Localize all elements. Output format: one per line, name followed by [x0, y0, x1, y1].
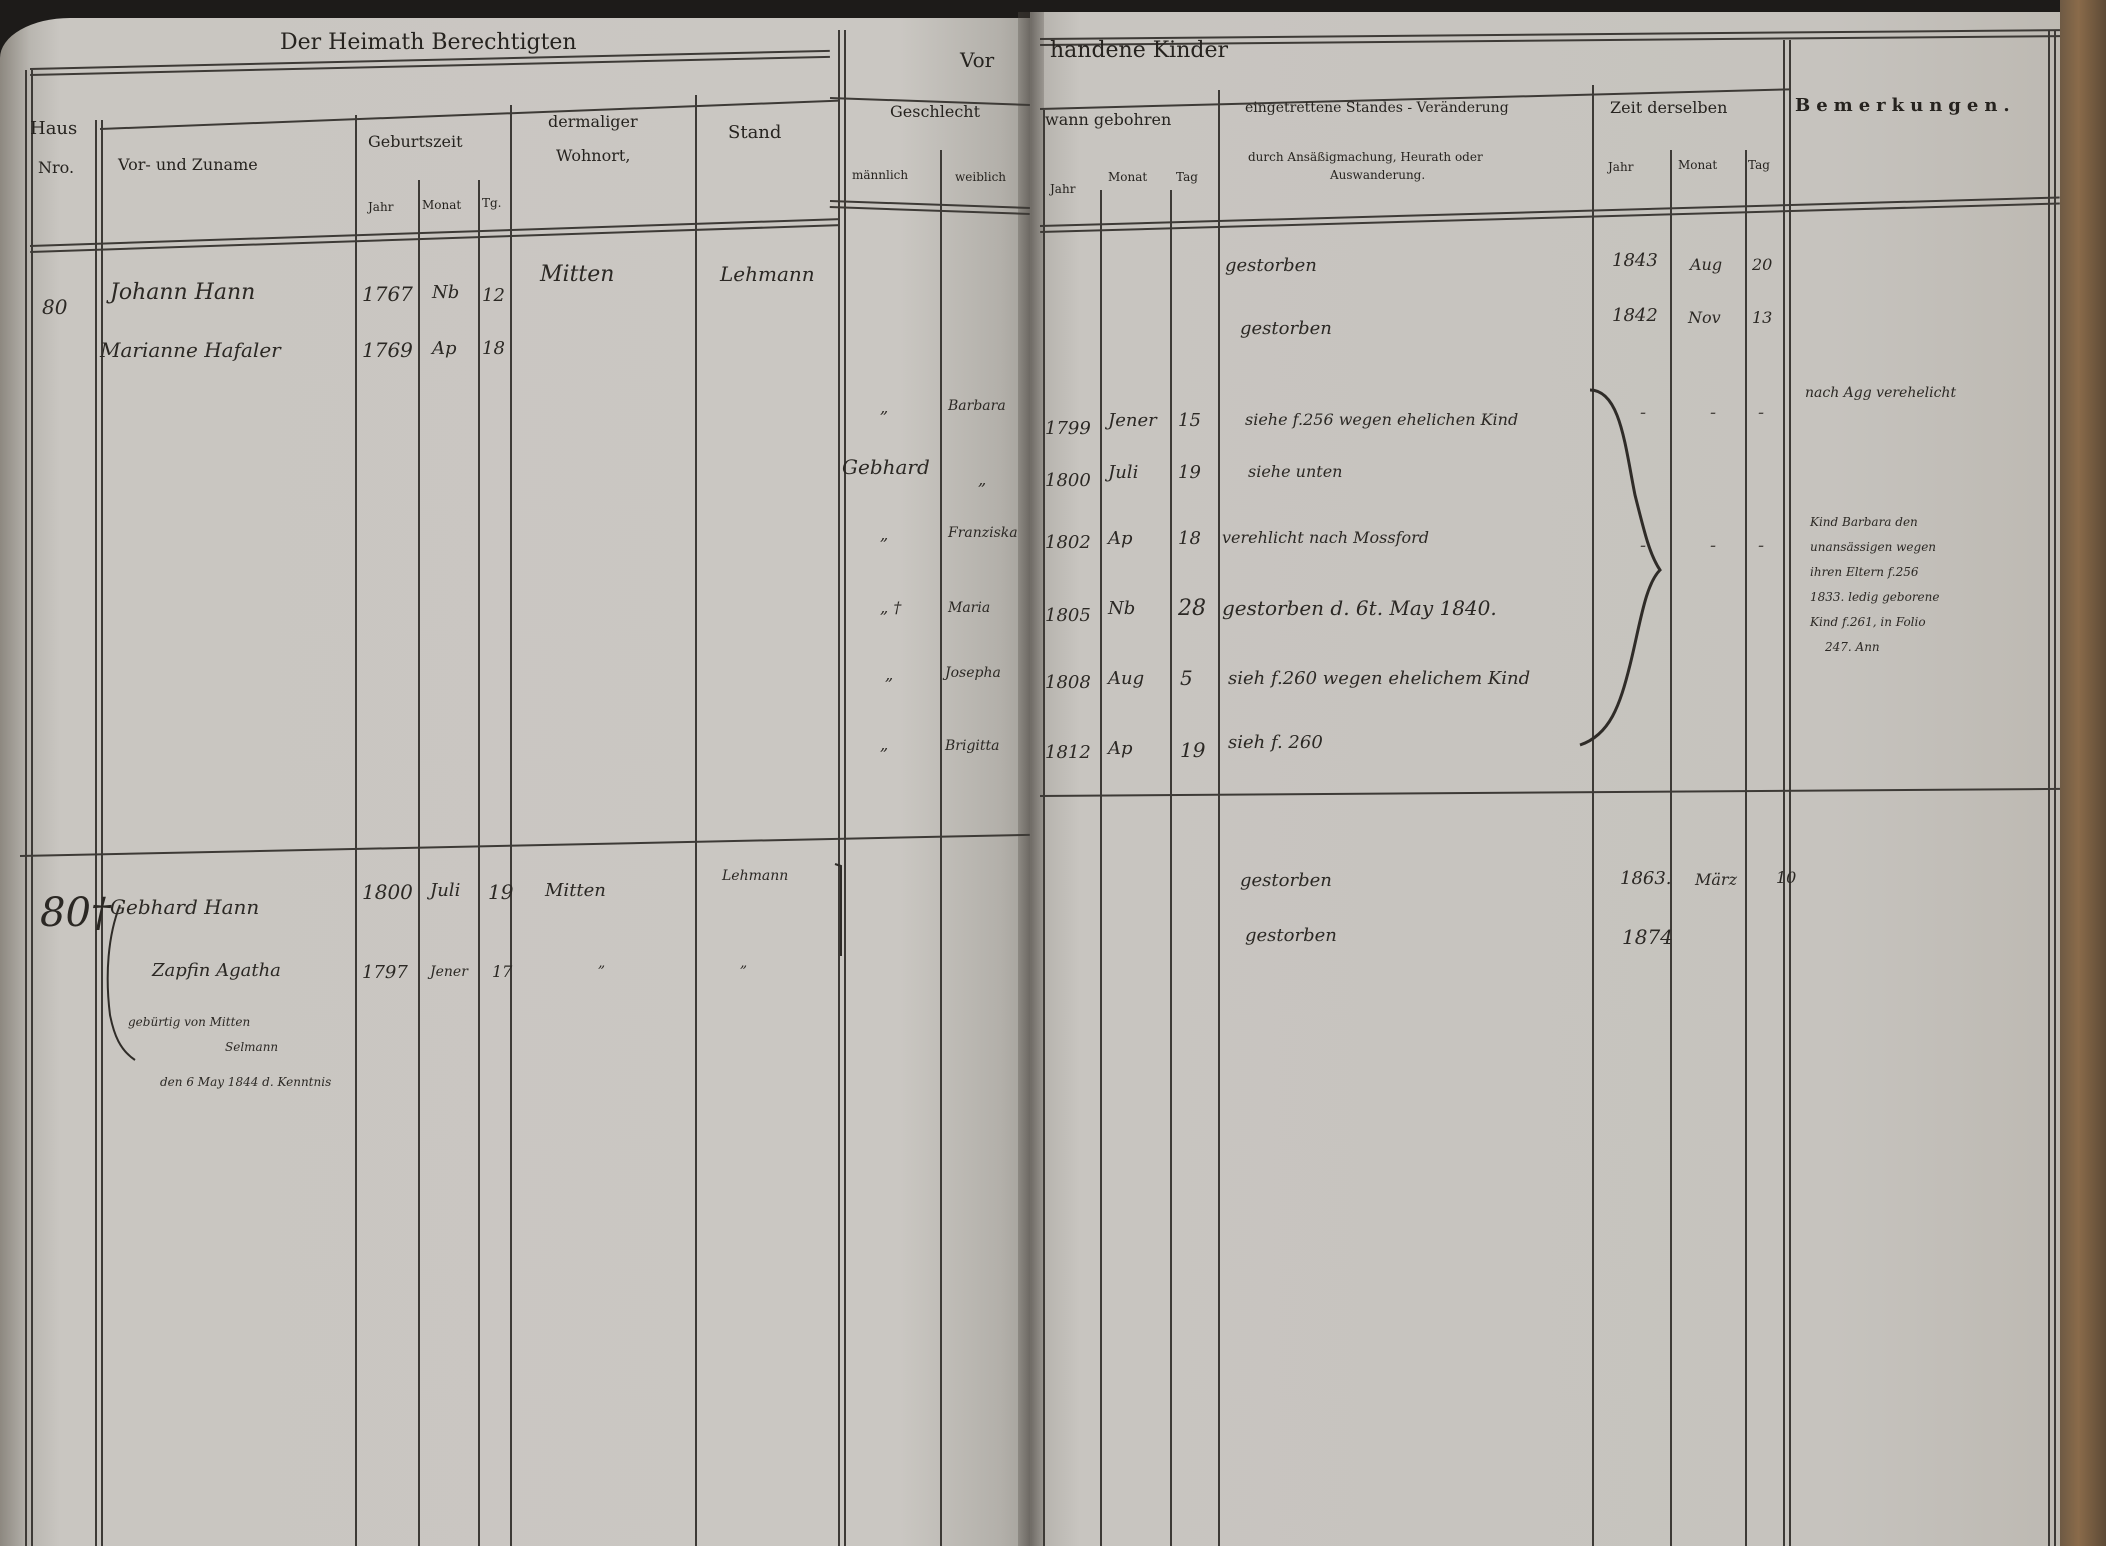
child-4-monat: Nb [1108, 598, 1135, 619]
header-sex-male: männlich [852, 168, 908, 182]
rule-haus [95, 120, 97, 1546]
entry-1-person-2-change-monat: Nov [1688, 308, 1721, 327]
entry-2-person-1-tag: 19 [488, 880, 513, 904]
bracket-icon [100, 905, 140, 1065]
child-1-jahr: 1799 [1045, 418, 1091, 439]
bracket-icon [835, 862, 847, 962]
header-name: Vor- und Zuname [118, 155, 258, 174]
child-1-monat: Jener [1108, 410, 1157, 431]
entry-2-person-2-change: gestorben [1245, 925, 1337, 946]
child-6-jahr: 1812 [1045, 742, 1091, 763]
child-4-jahr: 1805 [1045, 605, 1091, 626]
entry-2-person-1-change-monat: März [1695, 870, 1737, 889]
child-1-tag: 15 [1178, 410, 1201, 431]
header-sex-female: weiblich [955, 170, 1006, 184]
rule-birth-jahr [418, 180, 420, 1546]
child-6-male: „ [880, 735, 888, 754]
entry-2-person-2-jahr: 1797 [362, 962, 408, 983]
header-stand: Stand [728, 122, 781, 143]
header-sex: Geschlecht [890, 102, 980, 121]
entry-2-person-2-tag: 17 [492, 962, 512, 981]
rule-stand [838, 30, 840, 1546]
rule-outer-right [2048, 30, 2050, 1546]
child-1-male: „ [880, 398, 888, 417]
child-2-change: siehe unten [1248, 462, 1342, 481]
book-edge [2060, 0, 2106, 1546]
child-5-jahr: 1808 [1045, 672, 1091, 693]
rule-time-jahr [1670, 150, 1672, 1546]
rule-wohnort [695, 95, 697, 1546]
header-remarks: Bemerkungen. [1795, 95, 2016, 116]
entry-2-wohnort: Mitten [545, 880, 606, 901]
entry-1-person-1-change: gestorben [1225, 255, 1317, 276]
header-birth: Geburtszeit [368, 132, 463, 151]
entry-2-stand: Lehmann [722, 868, 788, 884]
remark-6: Kind f.261, in Folio [1810, 615, 1926, 629]
child-3-male: „ [880, 525, 888, 544]
child-4-male: „ † [880, 598, 901, 617]
entry-1-person-2-change-tag: 13 [1752, 308, 1772, 327]
remark-2: Kind Barbara den [1810, 515, 1918, 529]
dash-4: - [1640, 535, 1646, 556]
header-born-when: wann gebohren [1045, 110, 1171, 129]
entry-1-person-1-change-monat: Aug [1690, 255, 1722, 274]
remark-4: ihren Eltern f.256 [1810, 565, 1918, 579]
rule-born [1218, 90, 1220, 1546]
child-2-male: Gebhard [842, 455, 930, 479]
entry-2-person-2-wohnort: „ [598, 955, 605, 971]
entry-1-haus: 80 [42, 295, 67, 319]
header-time-monat: Monat [1678, 158, 1717, 172]
rule-birth-monat [478, 180, 480, 1546]
entry-1-person-1-jahr: 1767 [362, 282, 413, 306]
entry-1-person-2-change: gestorben [1240, 318, 1332, 339]
child-6-change: sieh f. 260 [1228, 732, 1323, 753]
entry-2-person-1-change: gestorben [1240, 870, 1332, 891]
header-status-change: eingetrettene Standes - Veränderung [1245, 100, 1509, 116]
dash-1: - [1640, 402, 1646, 423]
entry-1-person-1-change-jahr: 1843 [1612, 250, 1658, 271]
header-time: Zeit derselben [1610, 98, 1727, 117]
child-4-tag: 28 [1178, 596, 1206, 621]
entry-2-person-1-jahr: 1800 [362, 880, 413, 904]
header-time-jahr: Jahr [1608, 160, 1633, 174]
book-gutter [1018, 12, 1044, 1546]
rule-born-monat [1170, 190, 1172, 1546]
child-2-jahr: 1800 [1045, 470, 1091, 491]
entry-2-note-2: Selmann [225, 1040, 278, 1054]
remark-3: unansässigen wegen [1810, 540, 1936, 554]
header-born-tag: Tag [1176, 170, 1198, 184]
child-2-tag: 19 [1178, 462, 1201, 483]
entry-1-person-1-name: Johann Hann [110, 280, 255, 305]
header-birth-monat: Monat [422, 198, 461, 212]
header-group-children-left: Vor [960, 48, 994, 72]
header-group-children-right: handene Kinder [1050, 38, 1228, 63]
entry-1-person-2-monat: Ap [432, 338, 457, 359]
child-3-monat: Ap [1108, 528, 1133, 549]
header-born-monat: Monat [1108, 170, 1147, 184]
remark-7: 247. Ann [1825, 640, 1880, 654]
dash-3: - [1758, 402, 1764, 423]
child-5-female: Josepha [945, 665, 1001, 681]
entry-2-person-2-stand: „ [740, 955, 747, 971]
rule-time [1783, 40, 1785, 1546]
header-group-residents: Der Heimath Berechtigten [280, 30, 577, 55]
child-5-monat: Aug [1108, 668, 1144, 689]
entry-1-stand: Lehmann [720, 262, 815, 286]
entry-2-person-2-monat: Jener [430, 964, 468, 980]
right-page [1030, 12, 2068, 1546]
rule-name [355, 115, 357, 1546]
rule-time-monat [1745, 150, 1747, 1546]
entry-2-person-2-name: Zapfin Agatha [152, 960, 281, 981]
entry-1-person-1-change-tag: 20 [1752, 255, 1772, 274]
entry-2-person-1-monat: Juli [430, 880, 460, 901]
entry-1-person-2-jahr: 1769 [362, 338, 413, 362]
header-born-jahr: Jahr [1050, 182, 1075, 196]
child-5-tag: 5 [1180, 666, 1193, 690]
header-time-tag: Tag [1748, 158, 1770, 172]
child-6-tag: 19 [1180, 738, 1205, 762]
child-5-change: sieh f.260 wegen ehelichem Kind [1228, 668, 1530, 689]
child-2-female: „ [978, 470, 986, 489]
rule-outer-left [25, 70, 27, 1546]
child-1-female: Barbara [948, 398, 1006, 414]
dash-2: - [1710, 402, 1716, 423]
dash-5: - [1710, 535, 1716, 556]
header-status-change-sub2: Auswanderung. [1330, 168, 1425, 182]
entry-1-wohnort: Mitten [540, 262, 614, 287]
rule-gutter [1043, 110, 1045, 1546]
rule-change [1592, 85, 1594, 1546]
entry-1-person-1-monat: Nb [432, 282, 459, 303]
entry-2-note-3: den 6 May 1844 d. Kenntnis [160, 1075, 331, 1089]
entry-2-person-2-change-jahr: 1874 [1622, 925, 1673, 949]
entry-1-person-2-name: Marianne Hafaler [100, 338, 281, 362]
header-nro: Nro. [38, 158, 74, 177]
child-3-female: Franziska [948, 525, 1018, 541]
child-4-change: gestorben d. 6t. May 1840. [1222, 596, 1497, 620]
header-birth-tag: Tg. [482, 196, 502, 210]
child-3-tag: 18 [1178, 528, 1201, 549]
header-birth-jahr: Jahr [368, 200, 393, 214]
entry-2-note-1: gebürtig von Mitten [128, 1015, 250, 1029]
entry-1-person-2-tag: 18 [482, 338, 505, 359]
child-5-male: „ [885, 665, 893, 684]
entry-2-person-1-change-jahr: 1863. [1620, 868, 1672, 889]
child-2-monat: Juli [1108, 462, 1138, 483]
header-status-change-sub1: durch Ansäßigmachung, Heurath oder [1248, 150, 1483, 164]
header-haus: Haus [30, 118, 77, 139]
child-3-jahr: 1802 [1045, 532, 1091, 553]
remark-1: nach Agg verehelicht [1805, 385, 1956, 401]
entry-2-person-1-change-tag: 10 [1776, 868, 1796, 887]
child-1-change: siehe f.256 wegen ehelichen Kind [1245, 410, 1518, 429]
entry-1-person-2-change-jahr: 1842 [1612, 305, 1658, 326]
rule-sex [940, 150, 942, 1546]
child-6-monat: Ap [1108, 738, 1133, 759]
child-6-female: Brigitta [945, 738, 1000, 754]
bracket-icon [1590, 385, 1670, 765]
left-page [0, 18, 1035, 1546]
rule-birth [510, 105, 512, 1546]
entry-1-person-1-tag: 12 [482, 285, 505, 306]
child-3-change: verehlicht nach Mossford [1222, 528, 1429, 547]
remark-5: 1833. ledig geborene [1810, 590, 1939, 604]
header-residence-1: dermaliger [548, 112, 638, 131]
rule-born-jahr [1100, 190, 1102, 1546]
dash-6: - [1758, 535, 1764, 556]
child-4-female: Maria [948, 600, 990, 616]
header-residence-2: Wohnort, [556, 146, 630, 165]
